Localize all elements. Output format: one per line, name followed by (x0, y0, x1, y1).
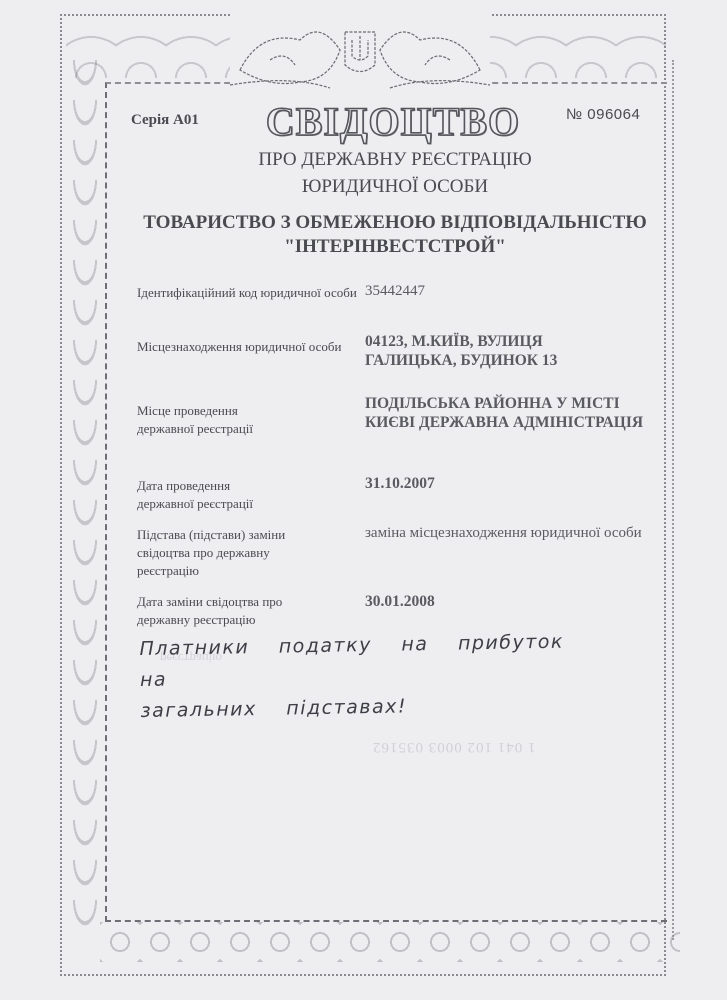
field-label-replacement-date: Дата заміни свідоцтва про державну реєст… (137, 593, 317, 629)
field-value-registration-date: 31.10.2007 (365, 474, 665, 493)
field-value-replacement-reason: заміна місцезнаходження юридичної особи (365, 524, 655, 543)
certificate-page: Серія А01 СВІДОЦТВО № 096064 ПРО ДЕРЖАВН… (0, 0, 727, 1000)
field-value-id-code: 35442447 (365, 282, 665, 301)
bleed-through-number: 1 041 102 0003 035162 (372, 738, 536, 755)
field-label-id-code: Ідентифікаційний код юридичної особи (137, 284, 357, 302)
certificate-number: № 096064 (566, 106, 640, 123)
handwritten-line-1: Платники податку на прибуток на (139, 626, 600, 696)
field-label-replacement-reason: Підстава (підстави) заміни свідоцтва про… (137, 526, 307, 580)
field-value-registration-place: ПОДІЛЬСЬКА РАЙОННА У МІСТІ КИЄВІ ДЕРЖАВН… (365, 394, 655, 432)
right-border (672, 60, 678, 940)
field-value-location: 04123, М.КИЇВ, ВУЛИЦЯ ГАЛИЦЬКА, БУДИНОК … (365, 332, 575, 370)
company-type: ТОВАРИСТВО З ОБМЕЖЕНОЮ ВІДПОВІДАЛЬНІСТЮ (120, 211, 670, 235)
field-label-registration-date: Дата проведення державної реєстрації (137, 477, 287, 513)
company-title: "ІНТЕРІНВЕСТСТРОЙ" (120, 235, 670, 259)
document-title: СВІДОЦТВО (258, 98, 528, 145)
handwritten-note: Платники податку на прибуток на загальни… (139, 626, 601, 727)
subtitle-line-1: ПРО ДЕРЖАВНУ РЕЄСТРАЦІЮ (200, 146, 590, 173)
field-label-registration-place: Місце проведення державної реєстрації (137, 402, 287, 438)
coat-of-arms-icon (230, 10, 490, 90)
field-value-replacement-date: 30.01.2008 (365, 592, 665, 611)
document-subtitle: ПРО ДЕРЖАВНУ РЕЄСТРАЦІЮ ЮРИДИЧНОЇ ОСОБИ (200, 146, 590, 200)
series-label: Серія А01 (131, 112, 199, 129)
field-label-location: Місцезнаходження юридичної особи (137, 338, 357, 356)
subtitle-line-2: ЮРИДИЧНОЇ ОСОБИ (200, 173, 590, 200)
company-name: ТОВАРИСТВО З ОБМЕЖЕНОЮ ВІДПОВІДАЛЬНІСТЮ … (120, 211, 670, 259)
